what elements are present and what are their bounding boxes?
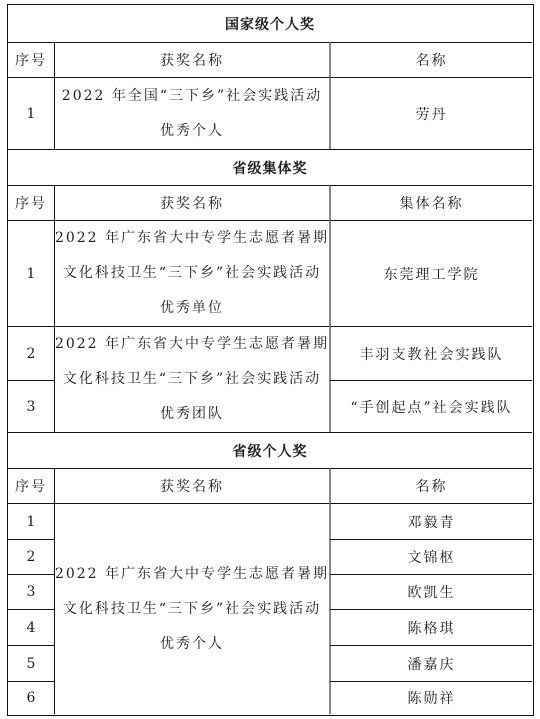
header-name: 名称 [329,42,532,77]
header-no: 序号 [8,468,54,503]
row-no: 2 [8,326,54,380]
header-collective-name: 集体名称 [329,185,532,220]
award-line: 文化科技卫生“三下乡”社会实践活动 [63,592,321,627]
award-line: 2022 年全国“三下乡”社会实践活动 [62,79,322,114]
award-line: 2022 年广东省大中专学生志愿者暑期 [55,557,329,592]
award-line: 文化科技卫生“三下乡”社会实践活动 [63,256,321,291]
winner-name: 潘嘉庆 [329,645,532,681]
award-name-cell: 2022 年全国“三下乡”社会实践活动 优秀个人 [54,77,329,149]
header-no: 序号 [8,42,54,77]
winner-name: 欧凯生 [329,574,532,609]
award-line: 优秀单位 [160,291,224,326]
awards-table: 国家级个人奖 序号 获奖名称 名称 1 2022 年全国“三下乡”社会实践活动 … [7,4,534,716]
header-name: 名称 [329,468,532,503]
section-title-provincial-individual: 省级个人奖 [8,432,532,468]
row-no: 3 [8,574,54,609]
winner-name: 陈格琪 [329,609,532,645]
award-line: 优秀个人 [160,114,224,149]
header-award-name: 获奖名称 [54,468,329,503]
winner-name: 文锦枢 [329,539,532,574]
section-title-national-individual: 国家级个人奖 [8,5,532,42]
award-line: 文化科技卫生“三下乡”社会实践活动 [63,362,321,397]
row-no: 1 [8,77,54,149]
header-award-name: 获奖名称 [54,42,329,77]
collective-name: 东莞理工学院 [329,220,532,326]
row-no: 1 [8,503,54,539]
award-line: 优秀团队 [160,397,224,432]
row-no: 1 [8,220,54,326]
award-name-cell: 2022 年广东省大中专学生志愿者暑期 文化科技卫生“三下乡”社会实践活动 优秀… [54,503,329,714]
header-award-name: 获奖名称 [54,185,329,220]
winner-name: 邓毅青 [329,503,532,539]
collective-name: 丰羽支教社会实践队 [329,326,532,380]
header-no: 序号 [8,185,54,220]
row-no: 2 [8,539,54,574]
row-no: 6 [8,681,54,714]
award-name-cell: 2022 年广东省大中专学生志愿者暑期 文化科技卫生“三下乡”社会实践活动 优秀… [54,326,329,432]
award-line: 2022 年广东省大中专学生志愿者暑期 [55,221,329,256]
winner-name: 陈勋祥 [329,681,532,714]
row-no: 4 [8,609,54,645]
row-no: 5 [8,645,54,681]
award-line: 优秀个人 [160,627,224,662]
winner-name: 劳丹 [329,77,532,149]
section-title-provincial-collective: 省级集体奖 [8,149,532,185]
award-name-cell: 2022 年广东省大中专学生志愿者暑期 文化科技卫生“三下乡”社会实践活动 优秀… [54,220,329,326]
row-no: 3 [8,380,54,432]
award-line: 2022 年广东省大中专学生志愿者暑期 [55,327,329,362]
collective-name: “手创起点”社会实践队 [329,380,532,432]
